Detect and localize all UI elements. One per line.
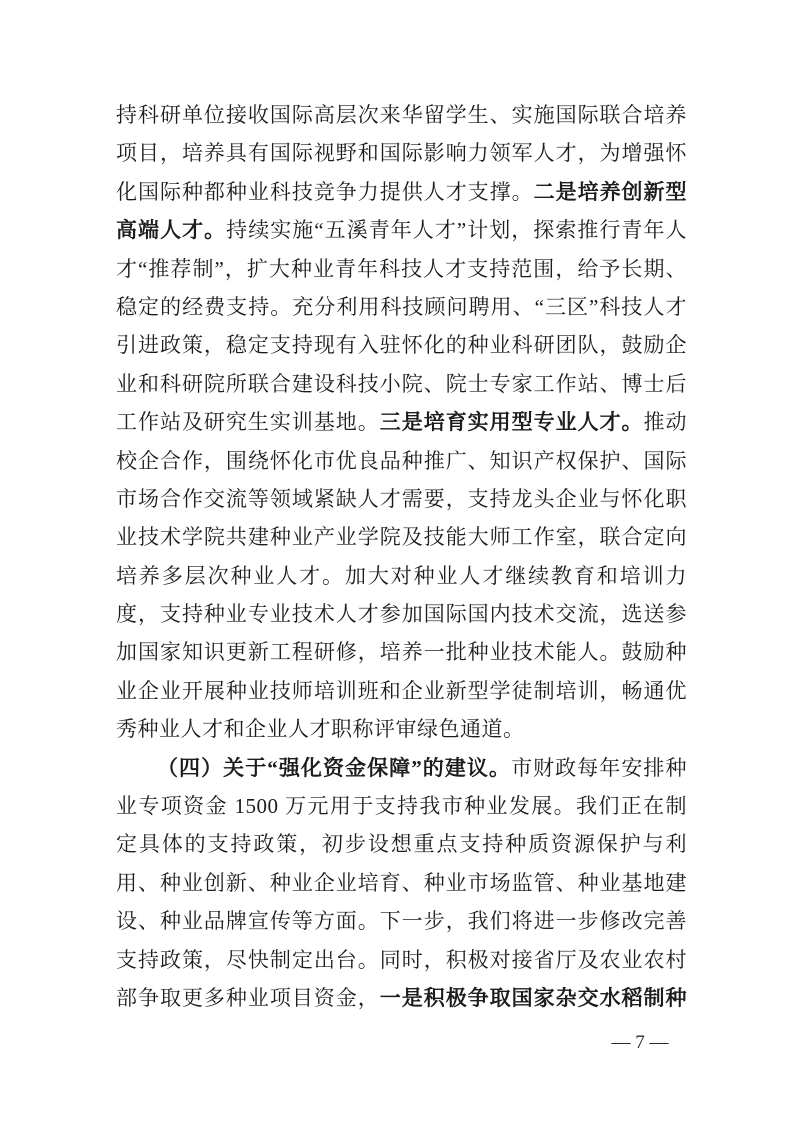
text-run: 用、种业创新、种业企业培育、种业市场监管、种业基地建 [116, 871, 687, 895]
text-run: 才“推荐制”，扩大种业青年科技人才支持范围，给予长期、 [116, 257, 687, 281]
bold-text-run: 二是培养创新型 [534, 180, 687, 204]
text-run: 度，支持种业专业技术人才参加国际国内技术交流，选送参 [116, 602, 687, 626]
text-line: 设、种业品牌宣传等方面。下一步，我们将进一步修改完善 [116, 902, 687, 940]
bold-text-run: 三是培育实用型专业人才。 [380, 410, 644, 434]
text-run: 加国家知识更新工程研修，培养一批种业技术能人。鼓励种 [116, 640, 687, 664]
text-run: 化国际种都种业科技竞争力提供人才支撑。 [116, 180, 534, 204]
text-run: 业和科研院所联合建设科技小院、院士专家工作站、博士后 [116, 372, 687, 396]
text-run: 定具体的支持政策，初步设想重点支持种质资源保护与利 [116, 832, 687, 856]
text-line: 项目，培养具有国际视野和国际影响力领军人才，为增强怀 [116, 134, 687, 172]
text-line: 工作站及研究生实训基地。三是培育实用型专业人才。推动 [116, 403, 687, 441]
text-run: 市场合作交流等领域紧缺人才需要，支持龙头企业与怀化职 [116, 487, 687, 511]
text-line: （四）关于“强化资金保障”的建议。市财政每年安排种 [116, 749, 687, 787]
page-number: — 7 — [600, 1031, 680, 1055]
text-run: 业企业开展种业技师培训班和企业新型学徒制培训，畅通优 [116, 679, 687, 703]
text-run: 持续实施“五溪青年人才”计划，探索推行青年人 [226, 218, 687, 242]
text-run: 推动 [644, 410, 687, 434]
bold-text-run: 一是积极争取国家杂交水稻制种 [380, 986, 687, 1010]
text-run: 业专项资金 1500 万元用于支持我市种业发展。我们正在制 [116, 794, 687, 818]
text-line: 业和科研院所联合建设科技小院、院士专家工作站、博士后 [116, 365, 687, 403]
body-text: 持科研单位接收国际高层次来华留学生、实施国际联合培养项目，培养具有国际视野和国际… [116, 96, 687, 1017]
text-run: 培养多层次种业人才。加大对种业人才继续教育和培训力 [116, 564, 687, 588]
bold-text-run: （四）关于“强化资金保障”的建议。 [157, 756, 511, 780]
text-run: 支持政策，尽快制定出台。同时，积极对接省厅及农业农村 [116, 948, 687, 972]
text-run: 业技术学院共建种业产业学院及技能大师工作室，联合定向 [116, 525, 687, 549]
text-run: 持科研单位接收国际高层次来华留学生、实施国际联合培养 [116, 103, 687, 127]
text-line: 业企业开展种业技师培训班和企业新型学徒制培训，畅通优 [116, 672, 687, 710]
text-line: 才“推荐制”，扩大种业青年科技人才支持范围，给予长期、 [116, 250, 687, 288]
text-line: 支持政策，尽快制定出台。同时，积极对接省厅及农业农村 [116, 941, 687, 979]
text-line: 化国际种都种业科技竞争力提供人才支撑。二是培养创新型 [116, 173, 687, 211]
text-line: 业专项资金 1500 万元用于支持我市种业发展。我们正在制 [116, 787, 687, 825]
text-line: 用、种业创新、种业企业培育、种业市场监管、种业基地建 [116, 864, 687, 902]
text-run: 工作站及研究生实训基地。 [116, 410, 380, 434]
text-line: 培养多层次种业人才。加大对种业人才继续教育和培训力 [116, 557, 687, 595]
document-page: 持科研单位接收国际高层次来华留学生、实施国际联合培养项目，培养具有国际视野和国际… [0, 0, 793, 1122]
text-line: 市场合作交流等领域紧缺人才需要，支持龙头企业与怀化职 [116, 480, 687, 518]
text-line: 业技术学院共建种业产业学院及技能大师工作室，联合定向 [116, 518, 687, 556]
text-line: 持科研单位接收国际高层次来华留学生、实施国际联合培养 [116, 96, 687, 134]
text-line: 引进政策，稳定支持现有入驻怀化的种业科研团队，鼓励企 [116, 326, 687, 364]
text-run: 引进政策，稳定支持现有入驻怀化的种业科研团队，鼓励企 [116, 333, 687, 357]
text-run: 校企合作，围绕怀化市优良品种推广、知识产权保护、国际 [116, 449, 687, 473]
text-line: 秀种业人才和企业人才职称评审绿色通道。 [116, 710, 687, 748]
bold-text-run: 高端人才。 [116, 218, 226, 242]
text-run: 秀种业人才和企业人才职称评审绿色通道。 [116, 717, 525, 741]
text-run: 项目，培养具有国际视野和国际影响力领军人才，为增强怀 [116, 141, 687, 165]
text-line: 稳定的经费支持。充分利用科技顾问聘用、“三区”科技人才 [116, 288, 687, 326]
text-line: 加国家知识更新工程研修，培养一批种业技术能人。鼓励种 [116, 633, 687, 671]
text-run: 设、种业品牌宣传等方面。下一步，我们将进一步修改完善 [116, 909, 687, 933]
text-line: 高端人才。持续实施“五溪青年人才”计划，探索推行青年人 [116, 211, 687, 249]
text-line: 度，支持种业专业技术人才参加国际国内技术交流，选送参 [116, 595, 687, 633]
text-line: 定具体的支持政策，初步设想重点支持种质资源保护与利 [116, 825, 687, 863]
text-line: 部争取更多种业项目资金，一是积极争取国家杂交水稻制种 [116, 979, 687, 1017]
text-line: 校企合作，围绕怀化市优良品种推广、知识产权保护、国际 [116, 442, 687, 480]
text-run: 部争取更多种业项目资金， [116, 986, 380, 1010]
text-run: 稳定的经费支持。充分利用科技顾问聘用、“三区”科技人才 [116, 295, 687, 319]
text-run: 市财政每年安排种 [511, 756, 687, 780]
